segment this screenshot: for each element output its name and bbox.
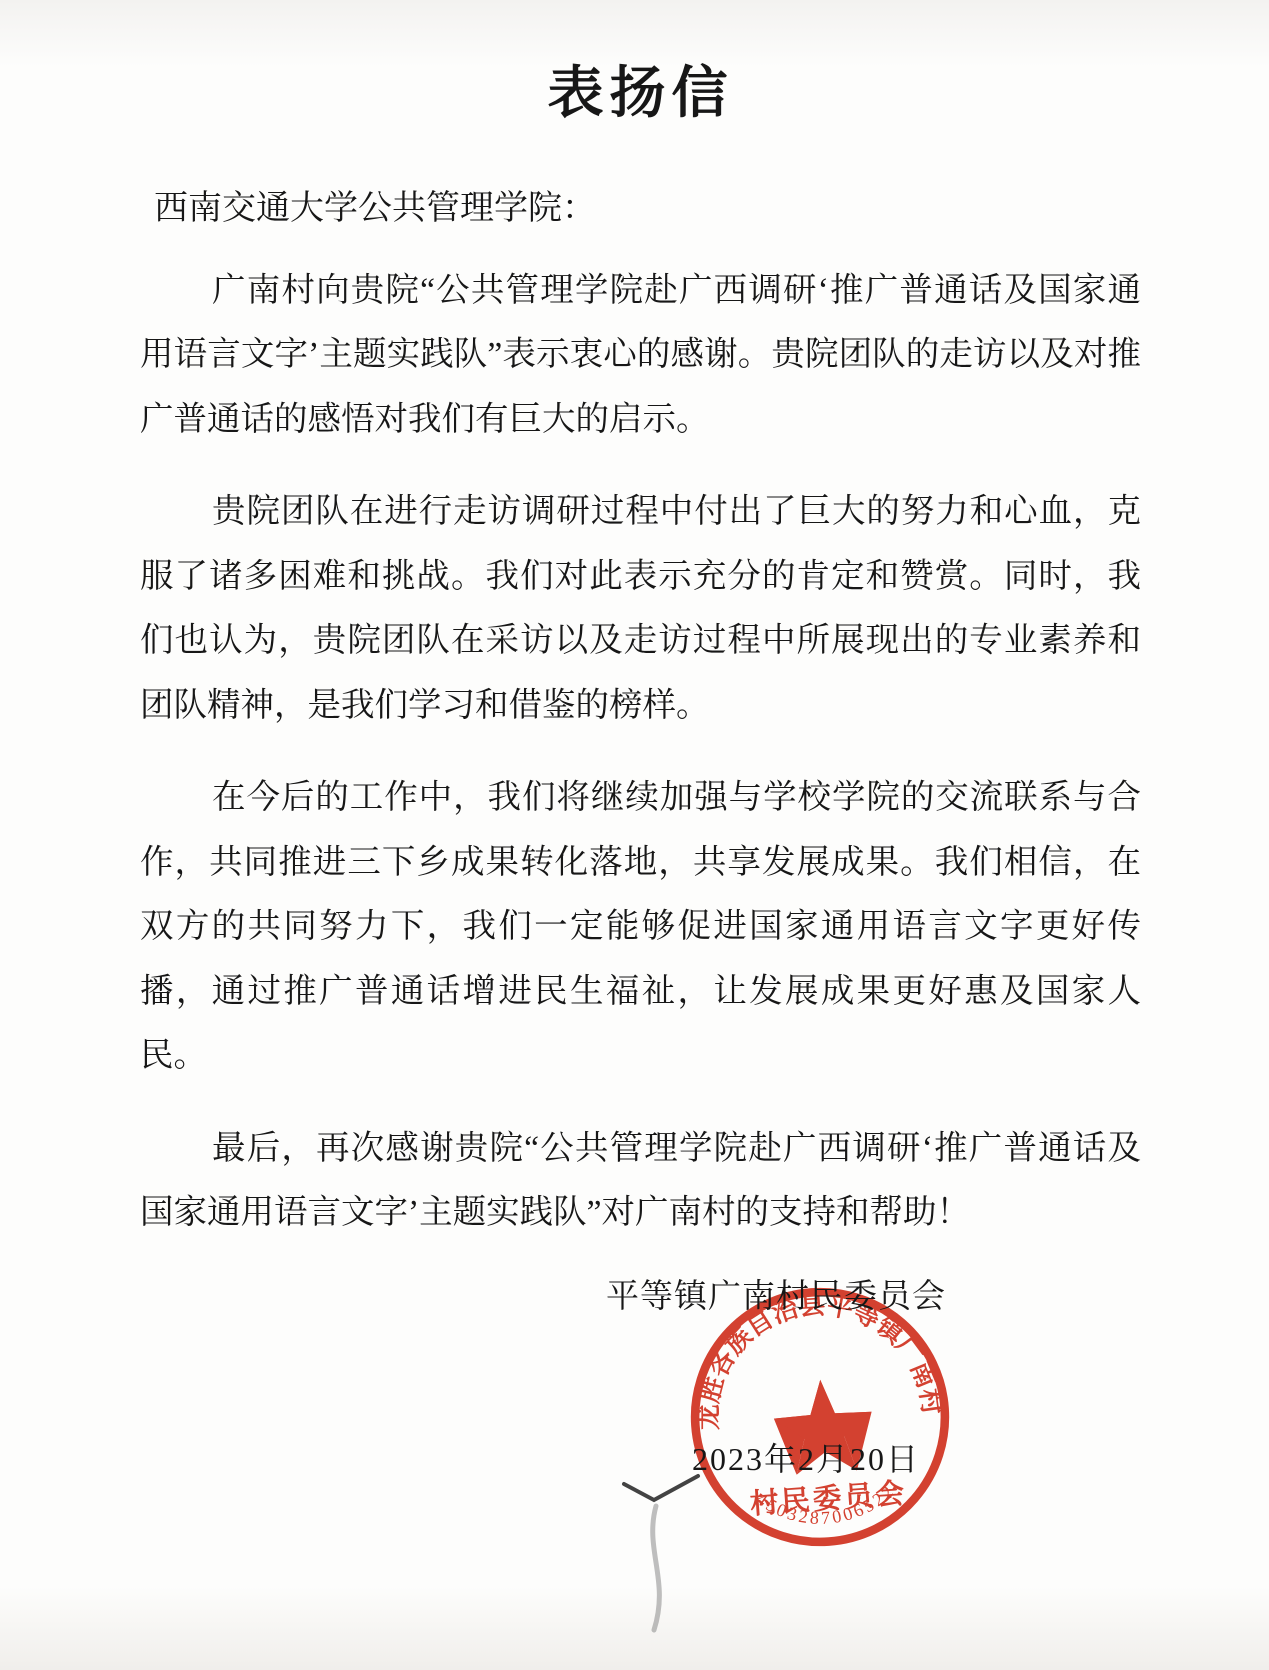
commendation-letter-page: 表扬信 西南交通大学公共管理学院： 广南村向贵院“公共管理学院赴广西调研‘推广普…: [0, 0, 1269, 1670]
pen-mark: [596, 1440, 766, 1640]
paragraph-praise: 贵院团队在进行走访调研过程中付出了巨大的努力和心血，克服了诸多困难和挑战。我们对…: [140, 480, 1141, 738]
paragraph-thanks: 广南村向贵院“公共管理学院赴广西调研‘推广普通话及国家通用语言文字’主题实践队”…: [140, 259, 1141, 453]
signature-area: 龙胜各族自治县平等镇广南村 村民委员会 4503287006522 平等镇广南村…: [0, 1212, 1269, 1670]
paragraph-future-cooperation: 在今后的工作中，我们将继续加强与学校学院的交流联系与合作，共同推进三下乡成果转化…: [140, 766, 1141, 1089]
signature-line: 平等镇广南村民委员会: [606, 1270, 946, 1317]
letter-title: 表扬信: [140, 58, 1141, 131]
salutation: 西南交通大学公共管理学院：: [154, 187, 1141, 231]
